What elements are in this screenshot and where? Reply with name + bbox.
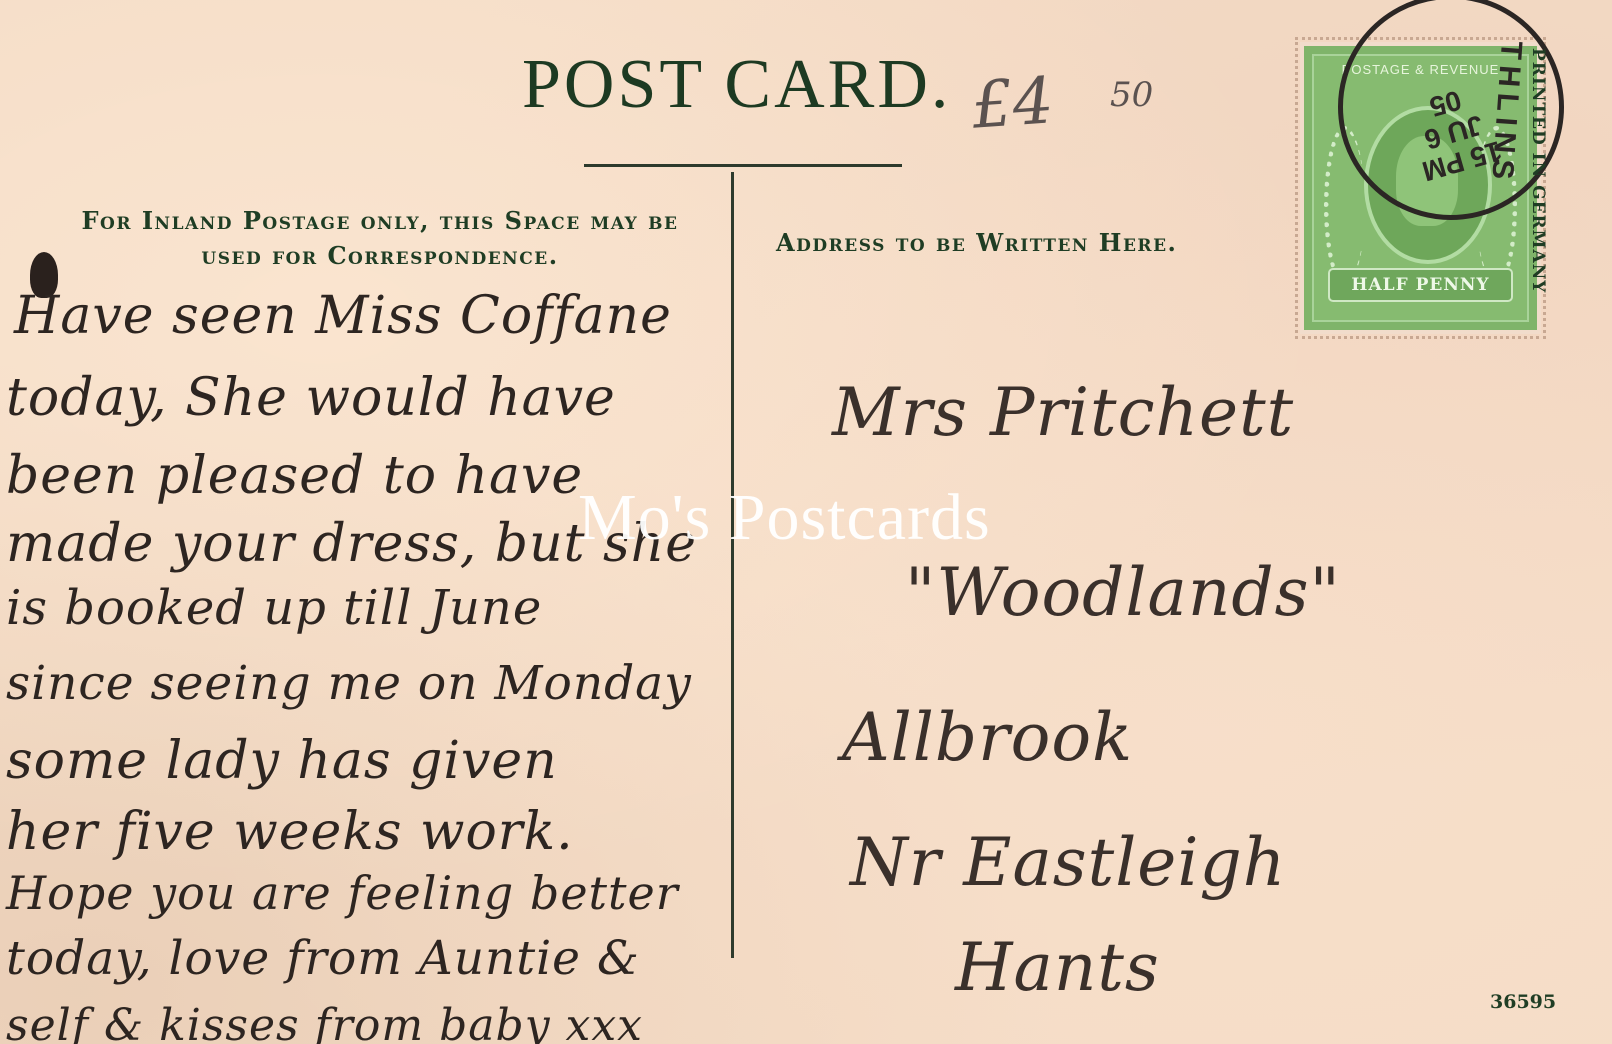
address-line-county: Hants: [955, 935, 1160, 1001]
address-line-town: Nr Eastleigh: [850, 830, 1286, 896]
message-line: been pleased to have: [6, 450, 583, 502]
message-line: her five weeks work.: [6, 806, 574, 858]
message-line: Hope you are feeling better: [6, 870, 679, 916]
serial-number: 36595: [1490, 991, 1556, 1013]
price-annotation-pence: 50: [1110, 75, 1153, 115]
address-line-name: Mrs Pritchett: [832, 380, 1294, 446]
center-divider-line: [731, 172, 734, 958]
title-underline: [584, 164, 902, 167]
printed-in-germany-label: PRINTED IN GERMANY: [1528, 48, 1548, 293]
postcard-title: POST CARD.: [522, 50, 951, 120]
message-line: self & kisses from baby xxx: [6, 1004, 643, 1044]
message-line: some lady has given: [6, 735, 558, 787]
correspondence-instruction: For Inland Postage only, this Space may …: [70, 203, 690, 273]
price-annotation: £4: [970, 69, 1056, 139]
watermark: Mo's Postcards: [578, 480, 991, 556]
message-line: today, love from Auntie &: [6, 935, 640, 982]
message-line: Have seen Miss Coffane: [14, 290, 672, 342]
message-line: today, She would have: [6, 372, 616, 424]
address-line-house: "Woodlands": [905, 560, 1341, 626]
address-line-village: Allbrook: [842, 705, 1133, 771]
message-line: is booked up till June: [6, 584, 542, 632]
stamp-value-label: HALF PENNY: [1328, 268, 1513, 302]
message-line: since seeing me on Monday: [6, 660, 692, 707]
address-instruction: Address to be Written Here.: [776, 225, 1177, 260]
